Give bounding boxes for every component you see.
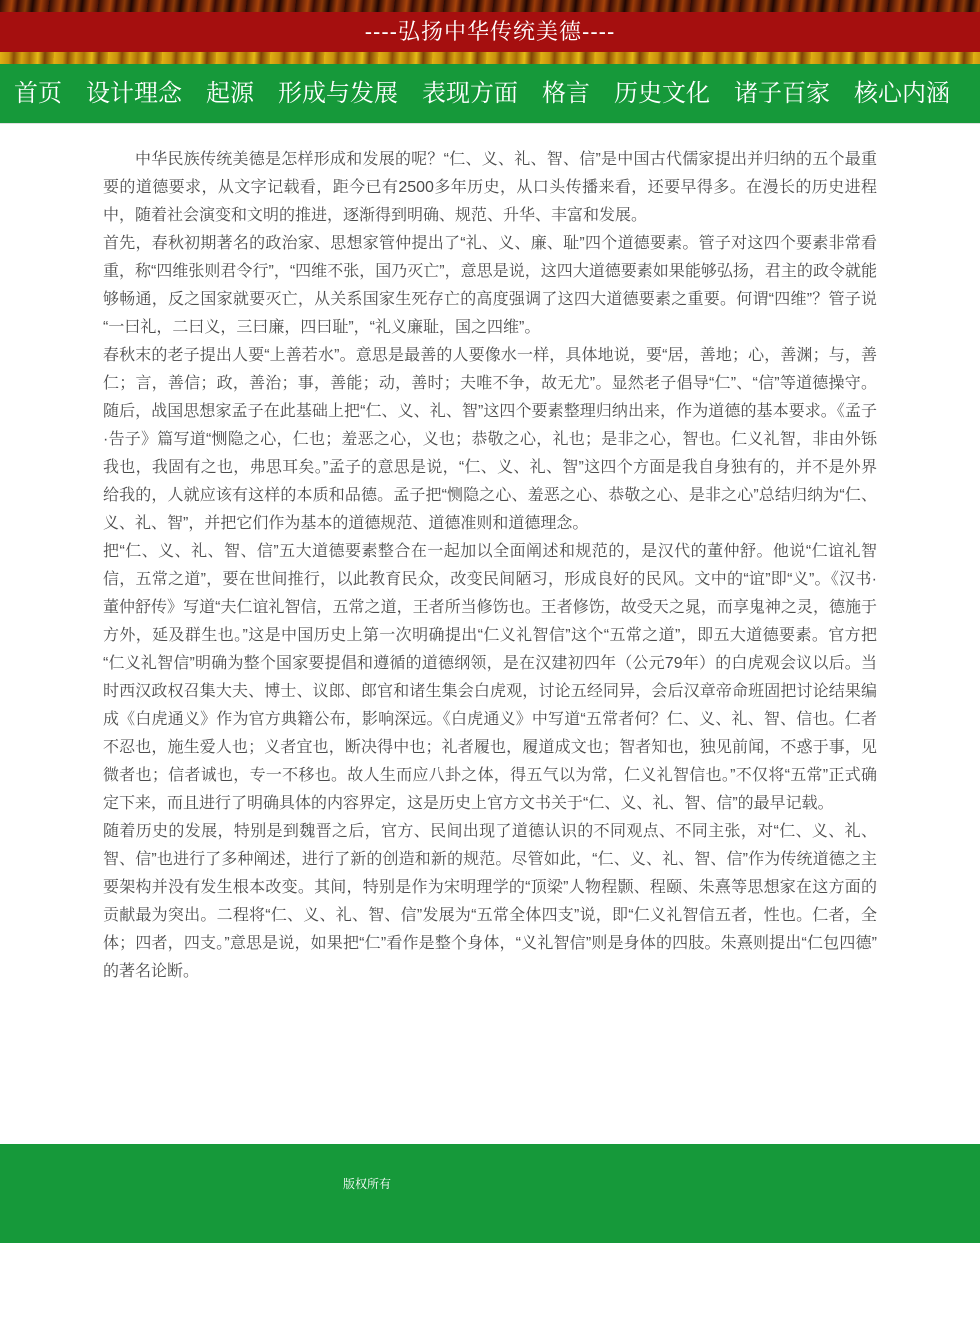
copyright-text: 版权所有 (343, 1176, 391, 1193)
paragraph-later-development: 随着历史的发展，特别是到魏晋之后，官方、民间出现了道德认识的不同观点、不同主张，… (103, 818, 877, 986)
nav-item-design-concept[interactable]: 设计理念 (86, 64, 182, 124)
article-content: 中华民族传统美德是怎样形成和发展的呢？“仁、义、礼、智、信”是中国古代儒家提出并… (103, 146, 877, 986)
page-title: ----弘扬中华传统美德---- (365, 21, 616, 43)
page-footer: 版权所有 (0, 1144, 980, 1243)
nav-item-formation-development[interactable]: 形成与发展 (278, 64, 398, 124)
nav-item-origin[interactable]: 起源 (206, 64, 254, 124)
banner: ----弘扬中华传统美德---- (0, 12, 980, 52)
page-header: ----弘扬中华传统美德---- (0, 0, 980, 64)
paragraph-laozi-mengzi: 春秋末的老子提出人要“上善若水”。意思是最善的人要像水一样，具体地说，要“居，善… (103, 342, 877, 538)
paragraph-intro: 中华民族传统美德是怎样形成和发展的呢？“仁、义、礼、智、信”是中国古代儒家提出并… (103, 146, 877, 230)
paragraph-dongzhongshu: 把“仁、义、礼、智、信”五大道德要素整合在一起加以全面阐述和规范的，是汉代的董仲… (103, 538, 877, 818)
nav-item-manifestation[interactable]: 表现方面 (422, 64, 518, 124)
main-nav: 首页 设计理念 起源 形成与发展 表现方面 格言 历史文化 诸子百家 核心内涵 (0, 64, 980, 124)
nav-item-history-culture[interactable]: 历史文化 (614, 64, 710, 124)
nav-item-home[interactable]: 首页 (14, 64, 62, 124)
nav-item-core-connotation[interactable]: 核心内涵 (854, 64, 950, 124)
paragraph-guanzhong: 首先，春秋初期著名的政治家、思想家管仲提出了“礼、义、廉、耻”四个道德要素。管子… (103, 230, 877, 342)
header-texture-strip (0, 0, 980, 12)
gold-texture-strip (0, 52, 980, 64)
nav-item-maxims[interactable]: 格言 (542, 64, 590, 124)
nav-item-hundred-schools[interactable]: 诸子百家 (734, 64, 830, 124)
